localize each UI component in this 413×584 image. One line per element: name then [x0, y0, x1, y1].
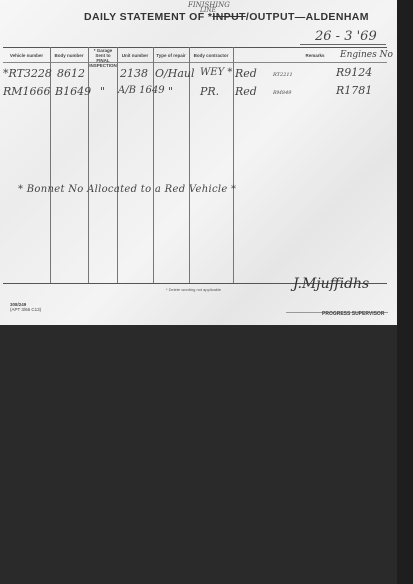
remarks-engines-note: Engines No	[340, 50, 393, 60]
footnote: * Delete wording not applicable	[166, 287, 221, 292]
title-suffix: /OUTPUT—ALDENHAM	[246, 11, 369, 23]
row1-vehicle: *RT3228	[3, 67, 52, 80]
col-divider	[88, 47, 89, 283]
header-bottom-border	[3, 62, 387, 63]
row1-body: 8612	[57, 67, 85, 80]
header-remarks: Remarks	[290, 53, 340, 58]
header-type-of-repair: Type of repair	[153, 53, 189, 58]
form-number-code: (APT 3/66 C13)	[10, 307, 41, 312]
col-divider	[189, 47, 190, 283]
row1-colour: Red	[235, 67, 257, 80]
row2-repair: "	[168, 85, 173, 98]
row2-vehicle: RM1666	[3, 85, 51, 98]
row2-contractor: PR.	[200, 85, 219, 98]
progress-supervisor-label: PROGRESS SUPERVISOR	[322, 311, 384, 317]
col-divider	[153, 47, 154, 283]
supervisor-signature: J.Mjuffidhs	[293, 276, 369, 292]
row1-repair: O/Haul	[155, 67, 194, 80]
header-body-number: Body number	[50, 53, 88, 58]
header-vehicle-number: Vehicle number	[3, 53, 50, 58]
header-body-contractor: Body contractor	[189, 53, 233, 58]
title-struck-input: INPUT	[212, 11, 246, 23]
col-divider	[50, 47, 51, 283]
header-unit-number: Unit number	[117, 53, 153, 58]
row2-body: B1649	[55, 85, 91, 98]
row1-contractor: WEY *	[200, 67, 232, 78]
header-garage: * Garage Sent to FINAL INSPECTION	[89, 48, 117, 68]
col-divider	[117, 47, 118, 283]
form-date: 26 - 3 '69	[315, 29, 377, 44]
row2-garage: "	[100, 85, 105, 98]
col-divider	[233, 47, 234, 283]
row2-unit: A/B 1649	[118, 85, 165, 96]
form-title: DAILY STATEMENT OF *INPUT/OUTPUT—ALDENHA…	[84, 11, 369, 23]
handwritten-note: * Bonnet No Allocated to a Red Vehicle *	[18, 184, 236, 195]
row1-unit: 2138	[120, 67, 148, 80]
scanner-background-edge	[397, 0, 413, 584]
title-prefix: DAILY STATEMENT OF *	[84, 11, 212, 23]
row2-remarks-ref: RM849	[273, 90, 291, 96]
form-number: 308/249 (APT 3/66 C13)	[10, 302, 41, 312]
row2-colour: Red	[235, 85, 257, 98]
table-top-border	[3, 47, 387, 48]
row1-remarks-ref: RT2211	[273, 72, 293, 78]
row1-engine: R9124	[336, 66, 372, 79]
row2-engine: R1781	[336, 84, 372, 97]
date-underline	[300, 44, 386, 45]
daily-statement-form: FINISHING LINE DAILY STATEMENT OF *INPUT…	[0, 0, 397, 325]
